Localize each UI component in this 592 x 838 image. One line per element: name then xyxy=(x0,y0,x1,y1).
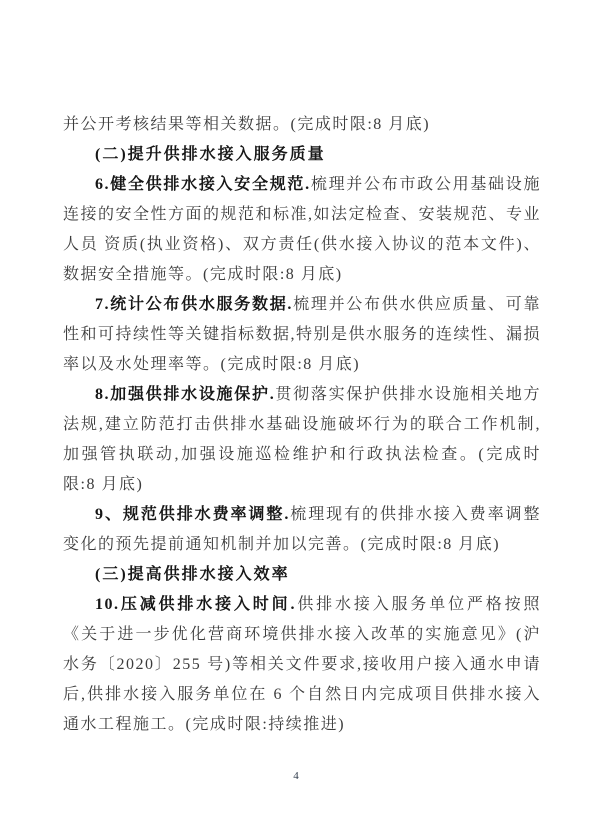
item-10-lead: 10.压减供排水接入时间. xyxy=(95,596,296,613)
numbered-item-10: 10.压减供排水接入时间.供排水接入服务单位严格按照《关于进一步优化营商环境供排… xyxy=(63,590,541,740)
item-10-text: 供排水接入服务单位严格按照《关于进一步优化营商环境供排水接入改革的实施意见》(沪… xyxy=(63,596,541,733)
section-heading-3: (三)提高供排水接入效率 xyxy=(63,560,541,590)
numbered-item-9: 9、规范供排水费率调整.梳理现有的供排水接入费率调整变化的预先提前通知机制并加以… xyxy=(63,500,541,560)
document-page: 并公开考核结果等相关数据。(完成时限:8 月底) (二)提升供排水接入服务质量 … xyxy=(0,0,592,838)
item-8-lead: 8.加强供排水设施保护. xyxy=(95,386,275,403)
numbered-item-6: 6.健全供排水接入安全规范.梳理并公布市政公用基础设施连接的安全性方面的规范和标… xyxy=(63,170,541,290)
section-heading-2: (二)提升供排水接入服务质量 xyxy=(63,140,541,170)
paragraph-continuation: 并公开考核结果等相关数据。(完成时限:8 月底) xyxy=(63,110,541,140)
item-9-lead: 9、规范供排水费率调整. xyxy=(95,506,290,523)
numbered-item-8: 8.加强供排水设施保护.贯彻落实保护供排水设施相关地方法规,建立防范打击供排水基… xyxy=(63,380,541,500)
item-7-lead: 7.统计公布供水服务数据. xyxy=(95,296,293,313)
document-content: 并公开考核结果等相关数据。(完成时限:8 月底) (二)提升供排水接入服务质量 … xyxy=(63,110,541,740)
paragraph-text: 并公开考核结果等相关数据。(完成时限:8 月底) xyxy=(63,116,430,133)
numbered-item-7: 7.统计公布供水服务数据.梳理并公布供水供应质量、可靠性和可持续性等关键指标数据… xyxy=(63,290,541,380)
page-number: 4 xyxy=(0,768,592,784)
item-6-lead: 6.健全供排水接入安全规范. xyxy=(95,176,311,193)
